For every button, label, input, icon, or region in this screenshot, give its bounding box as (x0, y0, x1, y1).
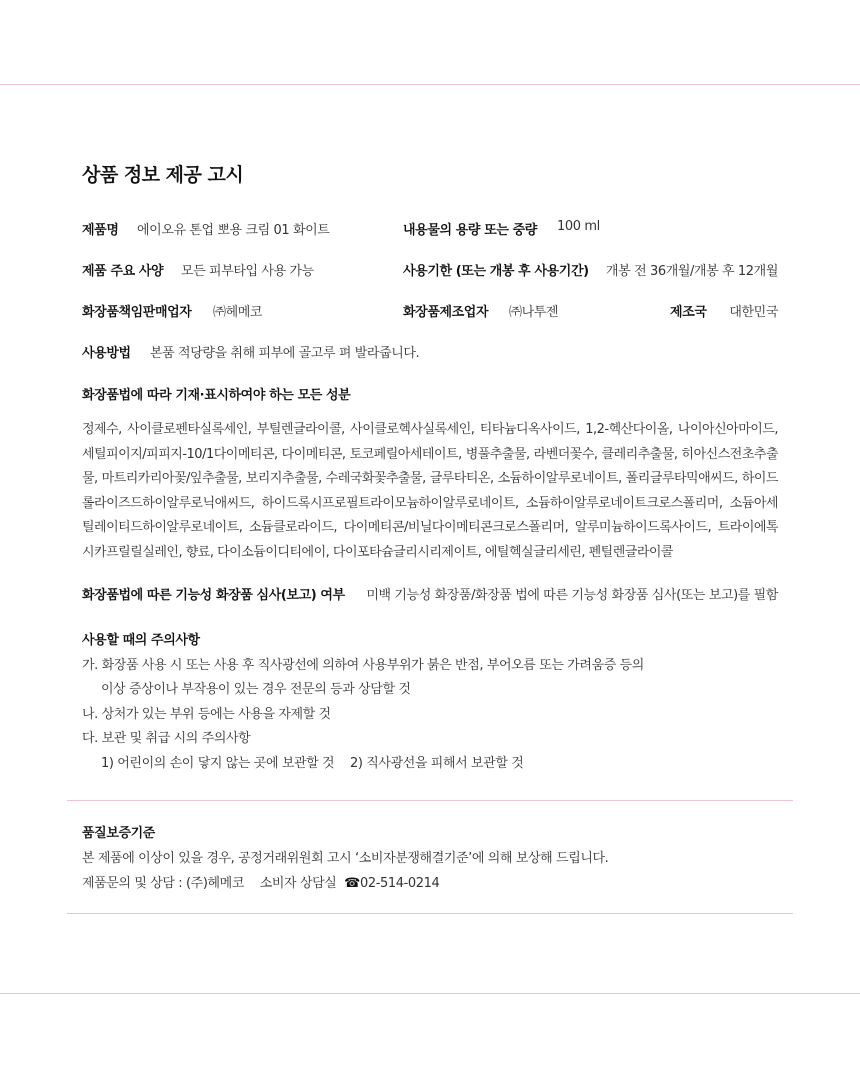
info-row-1: 제품명 에이오유 톤업 뽀용 크림 01 화이트 내용물의 용량 또는 중량 1… (82, 219, 778, 239)
product-name-label: 제품명 (82, 219, 118, 238)
manufacturer-value: ㈜나투젠 (509, 301, 558, 320)
info-row-4: 사용방법 본품 적당량을 취해 피부에 골고루 펴 발라줍니다. (82, 342, 778, 362)
bottom-divider (0, 993, 860, 994)
expiry-label: 사용기한 (또는 개봉 후 사용기간) (403, 260, 589, 279)
seller-label: 화장품책임판매업자 (82, 301, 191, 320)
precaution-line-2: 이상 증상이나 부작용이 있는 경우 전문의 등과 상담할 것 (101, 678, 411, 697)
precaution-line-5: 1) 어린이의 손이 닿지 않는 곳에 보관할 것 (101, 752, 334, 771)
functional-row: 화장품법에 따른 기능성 화장품 심사(보고) 여부 미백 기능성 화장품/화장… (82, 584, 778, 604)
top-divider (0, 84, 860, 85)
quality-text: 본 제품에 이상이 있을 경우, 공정거래위원회 고시 ‘소비자분쟁해결기준’에… (82, 847, 608, 866)
main-spec-value: 모든 피부타입 사용 가능 (181, 260, 314, 279)
volume-value: 100 ml (557, 219, 600, 234)
main-spec-label: 제품 주요 사양 (82, 260, 163, 279)
expiry-value: 개봉 전 36개월/개봉 후 12개월 (606, 260, 778, 279)
quality-bottom-divider (67, 913, 793, 914)
product-name-value: 에이오유 톤업 뽀용 크림 01 화이트 (137, 219, 329, 238)
quality-top-divider (67, 800, 793, 801)
consumer-center-label: 소비자 상담실 (260, 876, 337, 891)
precautions-heading: 사용할 때의 주의사항 (82, 629, 200, 648)
functional-label: 화장품법에 따른 기능성 화장품 심사(보고) 여부 (82, 584, 345, 603)
precaution-line-3: 나. 상처가 있는 부위 등에는 사용을 자제할 것 (82, 703, 331, 722)
country-label: 제조국 (670, 301, 706, 320)
volume-label: 내용물의 용량 또는 중량 (403, 219, 537, 238)
usage-label: 사용방법 (82, 342, 131, 361)
info-row-2: 제품 주요 사양 모든 피부타입 사용 가능 사용기한 (또는 개봉 후 사용기… (82, 260, 778, 280)
precaution-line-1: 가. 화장품 사용 시 또는 사용 후 직사광선에 의하여 사용부위가 붉은 반… (82, 654, 644, 673)
phone-icon: ☎ (344, 876, 360, 891)
contact-line: 제품문의 및 상담 : (주)헤메코 소비자 상담실 ☎02-514-0214 (82, 872, 439, 891)
ingredients-heading: 화장품법에 따라 기재·표시하여야 하는 모든 성분 (82, 384, 350, 403)
country-value: 대한민국 (729, 301, 778, 320)
precaution-line-4: 다. 보관 및 취급 시의 주의사항 (82, 727, 250, 746)
quality-heading: 품질보증기준 (82, 822, 155, 841)
contact-label: 제품문의 및 상담 : (주)헤메코 (82, 876, 244, 891)
seller-value: ㈜헤메코 (213, 301, 262, 320)
page-title: 상품 정보 제공 고시 (82, 160, 243, 187)
usage-value: 본품 적당량을 취해 피부에 골고루 펴 발라줍니다. (150, 342, 419, 361)
functional-value: 미백 기능성 화장품/화장품 법에 따른 기능성 화장품 심사(또는 보고)를 … (366, 584, 778, 603)
info-row-3: 화장품책임판매업자 ㈜헤메코 화장품제조업자 ㈜나투젠 제조국 대한민국 (82, 301, 778, 321)
phone-number: 02-514-0214 (360, 876, 439, 891)
manufacturer-label: 화장품제조업자 (403, 301, 488, 320)
ingredients-text: 정제수, 사이클로펜타실록세인, 부틸렌글라이콜, 사이클로헥사실록세인, 티타… (82, 418, 778, 565)
precaution-line-6: 2) 직사광선을 피해서 보관할 것 (350, 752, 523, 771)
